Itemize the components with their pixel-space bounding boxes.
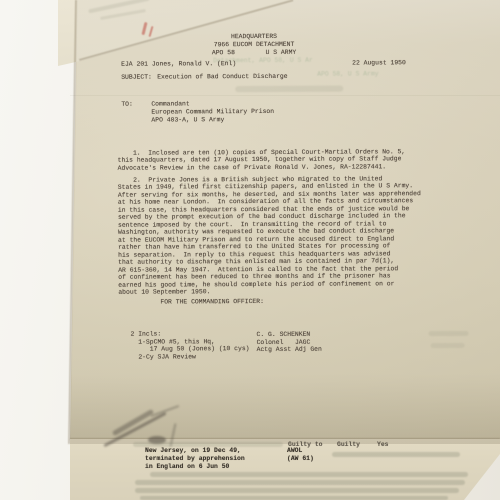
stamp-bleedthrough-smudge	[429, 331, 469, 336]
document-photo: HEADQUARTERS 7966 EUCOM DETACHMENT APO 5…	[0, 0, 500, 500]
bleedthrough-text-line	[332, 452, 460, 457]
charge-detail-line: New Jersey, on 19 Dec 49,	[145, 447, 241, 455]
signature-title: Actg Asst Adj Gen	[257, 346, 322, 354]
stamp-bleedthrough-text: APO 58, U S Army	[317, 70, 378, 78]
to-line: APO 403-A, U S Army	[151, 116, 224, 124]
closing-line: FOR THE COMMANDING OFFICER:	[160, 298, 264, 306]
offense-cell: AWOL	[287, 447, 302, 455]
subject-text: Execution of Bad Conduct Discharge	[157, 73, 287, 81]
charge-detail-line: in England on 6 Jun 50	[145, 463, 229, 471]
article-cell: (AW 61)	[287, 455, 314, 463]
body-line: about 10 September 1950.	[118, 288, 210, 296]
enclosure-line: 2 Incls:	[131, 331, 162, 339]
letterhead-line: APO 58 U S ARMY	[149, 48, 359, 57]
file-reference: EJA 201 Jones, Ronald V. (Enl)	[121, 60, 236, 68]
bleedthrough-text-line	[150, 472, 468, 477]
subject-label: SUBJECT:	[121, 74, 152, 82]
body-line: Advocate's Review in the case of Private…	[118, 163, 386, 172]
finding-cell: Guilty	[337, 441, 360, 449]
charge-detail-line: terminated by apprehension	[145, 455, 245, 463]
bleedthrough-text-line	[140, 496, 448, 500]
letter-content: HEADQUARTERS 7966 EUCOM DETACHMENT APO 5…	[0, 0, 500, 500]
bleedthrough-text-line	[135, 480, 465, 485]
to-line: Commandant	[151, 100, 189, 108]
letter-date: 22 August 1950	[352, 59, 406, 67]
to-line: European Command Military Prison	[151, 108, 274, 116]
body-line: earned his good time, he should complete…	[118, 280, 394, 289]
yes-cell: Yes	[377, 441, 389, 449]
to-label: TO:	[121, 101, 133, 109]
stamp-bleedthrough-smudge	[235, 86, 343, 93]
bleedthrough-text-line	[135, 488, 459, 493]
stamp-bleedthrough-smudge	[431, 343, 465, 348]
enclosure-line: 2-Cy SJA Review	[131, 353, 196, 361]
